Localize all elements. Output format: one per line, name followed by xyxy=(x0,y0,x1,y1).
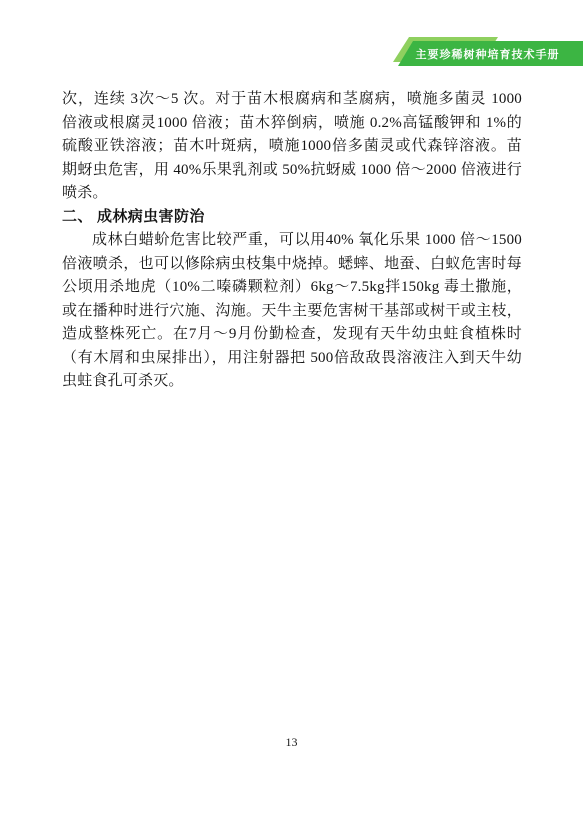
document-page: 主要珍稀树种培育技术手册 次，连续 3次～5 次。对于苗木根腐病和茎腐病，喷施多… xyxy=(0,0,583,827)
header-banner: 主要珍稀树种培育技术手册 xyxy=(398,41,583,66)
banner-main-shape: 主要珍稀树种培育技术手册 xyxy=(398,41,583,66)
page-body: 次，连续 3次～5 次。对于苗木根腐病和茎腐病，喷施多菌灵 1000 倍液或根腐… xyxy=(62,88,522,394)
paragraph1-line: 硫酸亚铁溶液；苗木叶斑病，喷施1000倍多菌灵或代森锌溶液。苗 xyxy=(62,135,522,159)
paragraph1-line: 倍液或根腐灵1000 倍液；苗木猝倒病，喷施 0.2%高锰酸钾和 1%的 xyxy=(62,112,522,136)
paragraph2-line: 虫蛀食孔可杀灭。 xyxy=(62,370,522,394)
section-heading: 二、 成林病虫害防治 xyxy=(62,206,522,230)
paragraph2-line: 或在播种时进行穴施、沟施。天牛主要危害树干基部或树干或主枝， xyxy=(62,300,522,324)
paragraph2-line: 公顷用杀地虎（10%二嗪磷颗粒剂）6kg～7.5kg拌150kg 毒土撒施， xyxy=(62,276,522,300)
paragraph1-line: 期蚜虫危害，用 40%乐果乳剂或 50%抗蚜威 1000 倍～2000 倍液进行 xyxy=(62,159,522,183)
header-banner-title: 主要珍稀树种培育技术手册 xyxy=(408,46,574,62)
paragraph2-line: 倍液喷杀，也可以修除病虫枝集中烧掉。蟋蟀、地蚕、白蚁危害时每 xyxy=(62,253,522,277)
paragraph2-line: 造成整株死亡。在7月～9月份勤检查，发现有天牛幼虫蛀食植株时 xyxy=(62,323,522,347)
page-number: 13 xyxy=(0,735,583,750)
paragraph2-line: （有木屑和虫屎排出），用注射器把 500倍敌敌畏溶液注入到天牛幼 xyxy=(62,347,522,371)
paragraph1-line: 次，连续 3次～5 次。对于苗木根腐病和茎腐病，喷施多菌灵 1000 xyxy=(62,88,522,112)
paragraph1-line: 喷杀。 xyxy=(62,182,522,206)
paragraph2-line: 成林白蜡蚧危害比较严重，可以用40% 氧化乐果 1000 倍～1500 xyxy=(62,229,522,253)
